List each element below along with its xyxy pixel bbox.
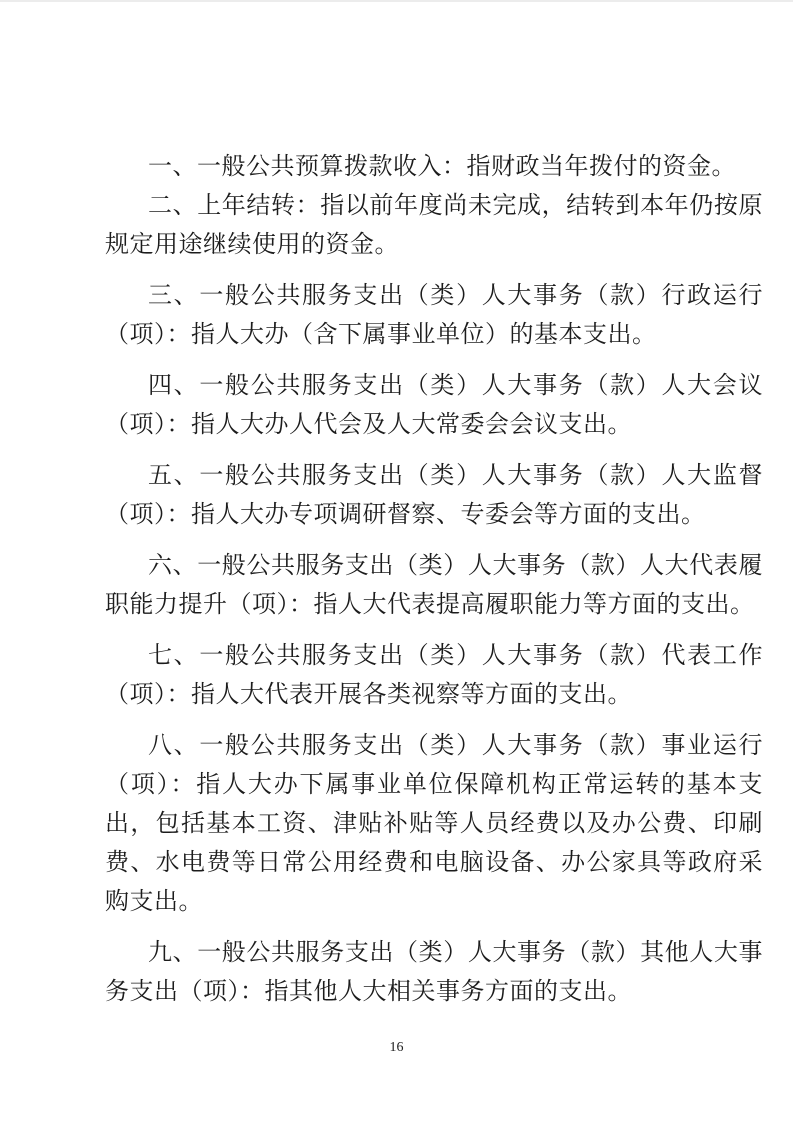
paragraph-3: 三、一般公共服务支出（类）人大事务（款）行政运行（项）：指人大办（含下属事业单位… (105, 277, 763, 355)
paragraph-2: 二、上年结转：指以前年度尚未完成，结转到本年仍按原规定用途继续使用的资金。 (105, 187, 763, 265)
paragraph-1: 一、一般公共预算拨款收入：指财政当年拨付的资金。 (105, 148, 763, 187)
paragraph-5: 五、一般公共服务支出（类）人大事务（款）人大监督（项）：指人大办专项调研督察、专… (105, 457, 763, 535)
paragraph-4: 四、一般公共服务支出（类）人大事务（款）人大会议（项）：指人大办人代会及人大常委… (105, 367, 763, 445)
paragraph-8: 八、一般公共服务支出（类）人大事务（款）事业运行（项）：指人大办下属事业单位保障… (105, 727, 763, 922)
document-page: 一、一般公共预算拨款收入：指财政当年拨付的资金。 二、上年结转：指以前年度尚未完… (0, 0, 793, 1122)
paragraph-7: 七、一般公共服务支出（类）人大事务（款）代表工作（项）：指人大代表开展各类视察等… (105, 637, 763, 715)
page-number: 16 (0, 1040, 793, 1056)
paragraph-9: 九、一般公共服务支出（类）人大事务（款）其他人大事务支出（项）：指其他人大相关事… (105, 934, 763, 1012)
document-body: 一、一般公共预算拨款收入：指财政当年拨付的资金。 二、上年结转：指以前年度尚未完… (105, 148, 763, 1012)
paragraph-6: 六、一般公共服务支出（类）人大事务（款）人大代表履职能力提升（项）：指人大代表提… (105, 547, 763, 625)
